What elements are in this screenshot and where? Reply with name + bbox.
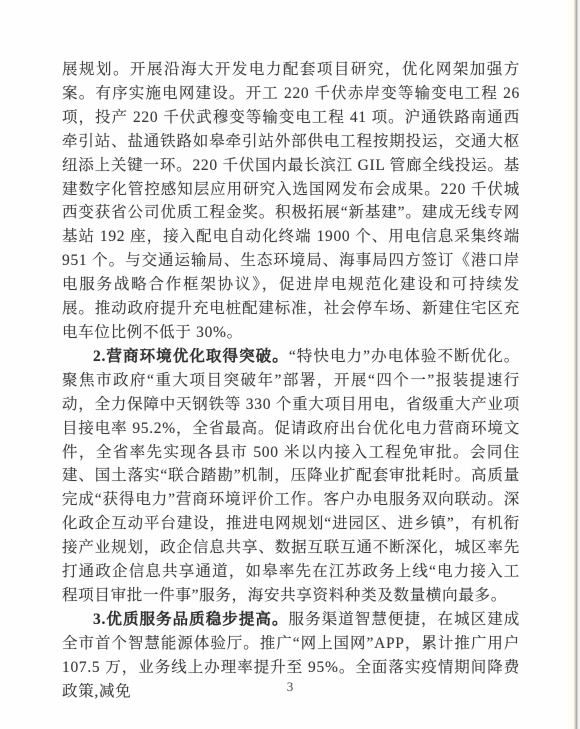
paragraph: 2.营商环境优化取得突破。“特快电力”办电体验不断优化。聚焦市政府“重大项目突破… <box>62 345 520 608</box>
paragraph-heading: 3.优质服务品质稳步提高。 <box>93 611 289 628</box>
document-page: 展规划。开展沿海大开发电力配套项目研究，优化网架加强方案。有序实施电网建设。开工… <box>0 0 580 729</box>
paragraph: 展规划。开展沿海大开发电力配套项目研究，优化网架加强方案。有序实施电网建设。开工… <box>62 58 520 345</box>
page-number: 3 <box>0 679 580 695</box>
paragraph-heading: 2.营商环境优化取得突破。 <box>93 348 289 365</box>
document-body: 展规划。开展沿海大开发电力配套项目研究，优化网架加强方案。有序实施电网建设。开工… <box>62 58 520 703</box>
scan-edge <box>566 0 580 729</box>
